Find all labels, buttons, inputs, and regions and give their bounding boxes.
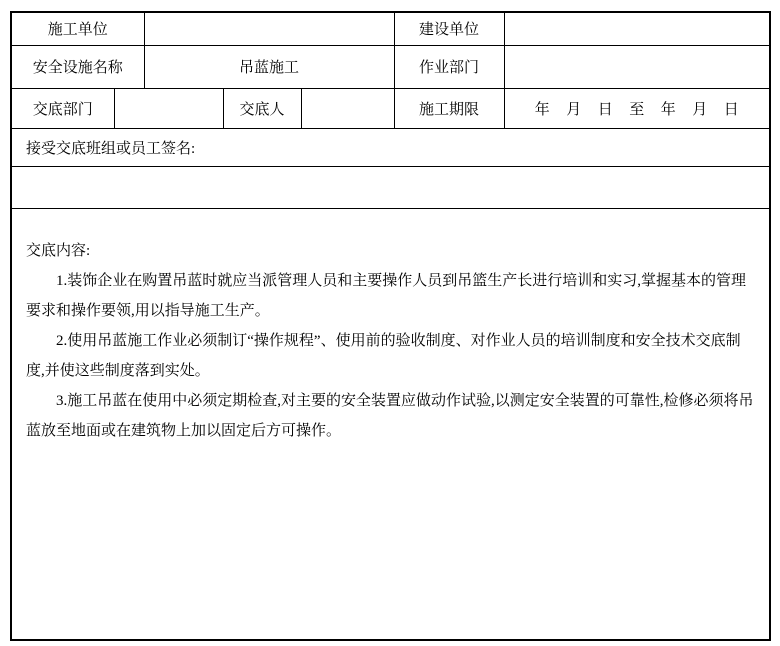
- row-disclosure-info: 交底部门 交底人 施工期限 年 月 日 至 年 月 日: [11, 88, 770, 128]
- safety-facility-name-field: 吊蓝施工: [144, 45, 394, 88]
- client-unit-field[interactable]: [504, 12, 770, 45]
- row-signature: 接受交底班组或员工签名:: [11, 128, 770, 166]
- signature-blank-area[interactable]: [11, 166, 770, 208]
- operation-department-label: 作业部门: [394, 45, 504, 88]
- construction-period-label: 施工期限: [394, 88, 504, 128]
- disclosure-department-field[interactable]: [114, 88, 223, 128]
- row-safety-facility: 安全设施名称 吊蓝施工 作业部门: [11, 45, 770, 88]
- discloser-label: 交底人: [223, 88, 301, 128]
- disclosure-content-title: 交底内容:: [26, 236, 755, 266]
- disclosure-paragraph-1: 1.装饰企业在购置吊蓝时就应当派管理人员和主要操作人员到吊篮生产长进行培训和实习…: [26, 266, 755, 326]
- signature-label[interactable]: 接受交底班组或员工签名:: [11, 128, 770, 166]
- operation-department-field[interactable]: [504, 45, 770, 88]
- construction-unit-field[interactable]: [144, 12, 394, 45]
- disclosure-paragraph-3: 3.施工吊蓝在使用中必须定期检查,对主要的安全装置应做动作试验,以测定安全装置的…: [26, 386, 755, 446]
- row-construction-unit: 施工单位 建设单位: [11, 12, 770, 45]
- safety-facility-name-label: 安全设施名称: [11, 45, 144, 88]
- discloser-field[interactable]: [301, 88, 394, 128]
- document-page: 施工单位 建设单位 安全设施名称 吊蓝施工 作业部门 交底部门 交底人 施工期限…: [0, 0, 780, 646]
- construction-unit-label: 施工单位: [11, 12, 144, 45]
- disclosure-paragraph-2: 2.使用吊蓝施工作业必须制订“操作规程”、使用前的验收制度、对作业人员的培训制度…: [26, 326, 755, 386]
- disclosure-department-label: 交底部门: [11, 88, 114, 128]
- safety-disclosure-form: 施工单位 建设单位 安全设施名称 吊蓝施工 作业部门 交底部门 交底人 施工期限…: [10, 11, 771, 641]
- row-disclosure-content: 交底内容: 1.装饰企业在购置吊蓝时就应当派管理人员和主要操作人员到吊篮生产长进…: [11, 208, 770, 640]
- construction-period-field[interactable]: 年 月 日 至 年 月 日: [504, 88, 770, 128]
- client-unit-label: 建设单位: [394, 12, 504, 45]
- row-signature-blank: [11, 166, 770, 208]
- disclosure-content-area: 交底内容: 1.装饰企业在购置吊蓝时就应当派管理人员和主要操作人员到吊篮生产长进…: [11, 208, 770, 640]
